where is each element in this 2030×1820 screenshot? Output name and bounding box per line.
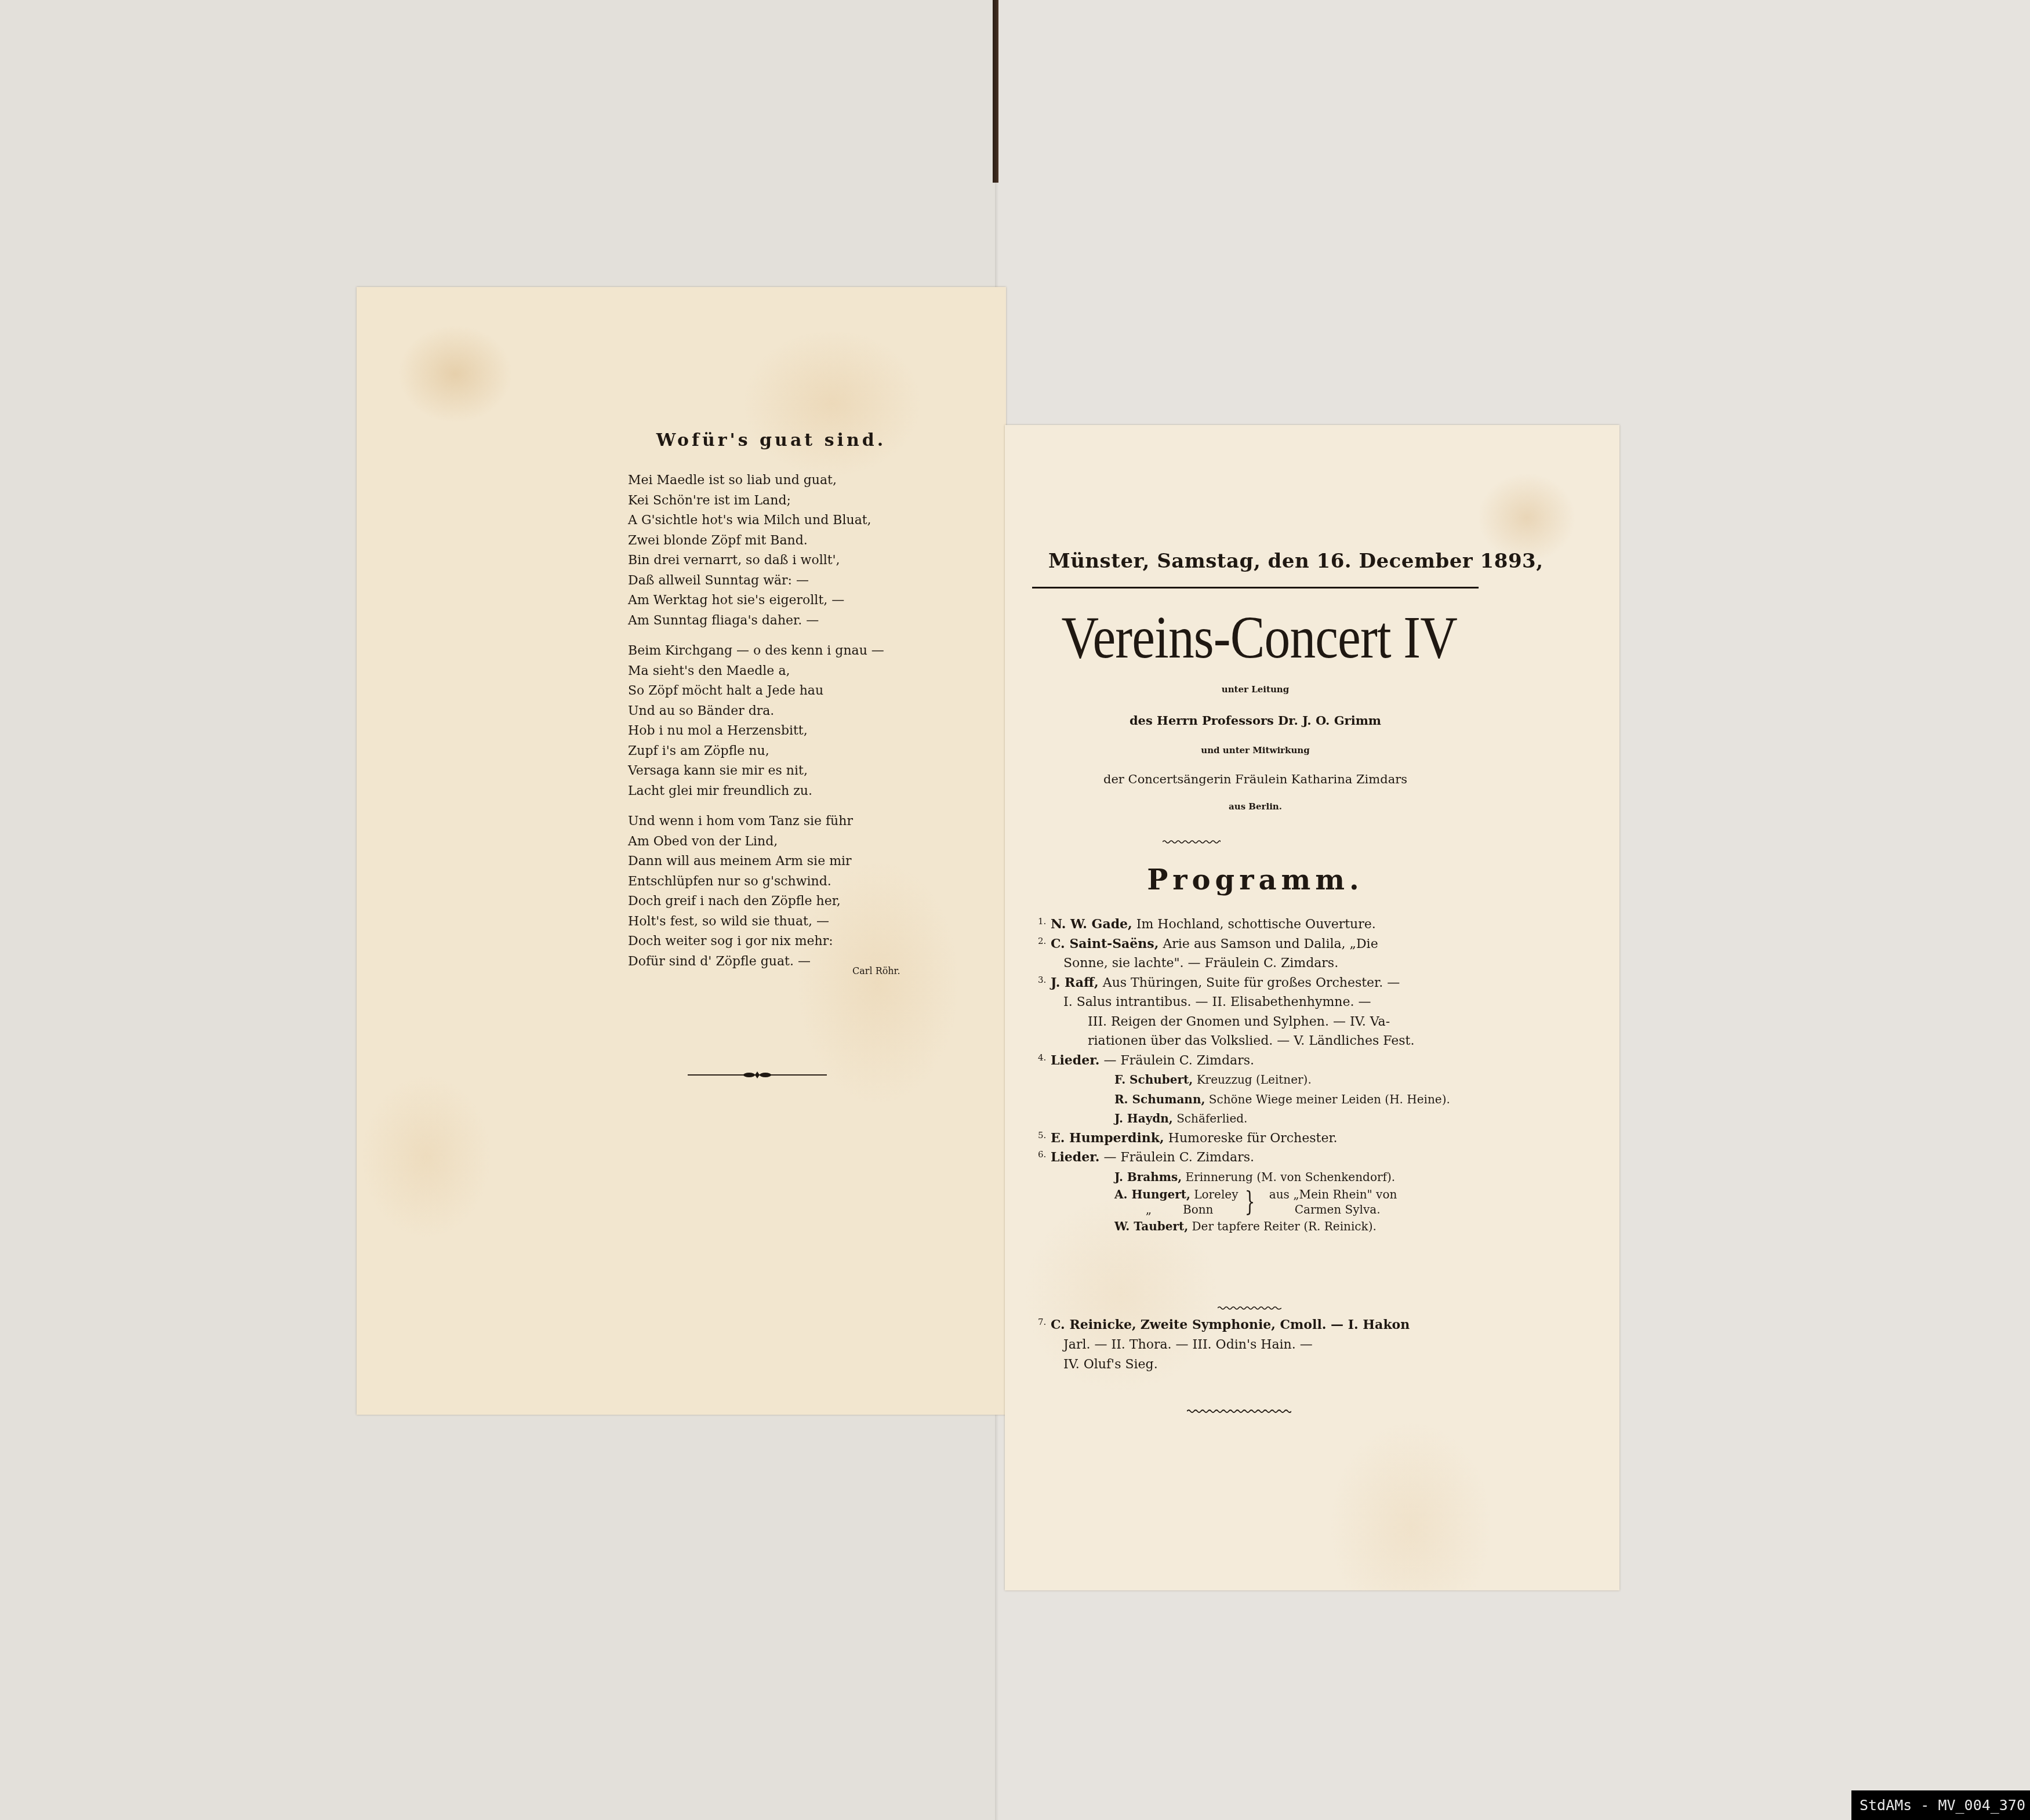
poem-author: Carl Röhr. (852, 965, 900, 976)
poem-line: Holt's fest, so wild sie thuat, — (628, 912, 953, 932)
poem-line: Lacht glei mir freundlich zu. (628, 782, 953, 802)
archive-watermark: StdAMs - MV_004_370 (1851, 1790, 2030, 1820)
programm-heading: Programm. (1032, 864, 1479, 896)
item-number: 6. (1038, 1145, 1046, 1165)
item-composer: E. Humperdink, (1051, 1131, 1164, 1146)
item-number: 1. (1038, 912, 1046, 932)
wavy-divider-icon (1163, 840, 1221, 844)
poem-line: Zwei blonde Zöpf mit Band. (628, 531, 953, 551)
poem-line: Am Obed von der Lind, (628, 832, 953, 852)
poem-line: Und au so Bänder dra. (628, 702, 953, 722)
program-item-4: 4. Lieder. — Fräulein C. Zimdars. F. Sch… (1038, 1051, 1490, 1129)
item-composer: Lieder. (1051, 1150, 1099, 1165)
brace-icon: } (1245, 1187, 1255, 1216)
poem-line: Beim Kirchgang — o des kenn i gnau — (628, 641, 953, 662)
song-entry: W. Taubert, Der tapfere Reiter (R. Reini… (1051, 1217, 1490, 1237)
poem-line: Daß allweil Sunntag wär: — (628, 571, 953, 591)
poem-line: Am Sunntag fliaga's daher. — (628, 611, 953, 631)
program-item-7: 7. C. Reinicke, Zweite Symphonie, Cmoll.… (1038, 1315, 1490, 1375)
header-rule (1032, 587, 1479, 588)
concert-date-line: Münster, Samstag, den 16. December 1893, (1048, 550, 1460, 573)
song-group-brace: A. Hungert, Loreley „Bonn } aus „Mein Rh… (1051, 1187, 1490, 1217)
brace-note: aus „Mein Rhein" von (1269, 1187, 1397, 1202)
song-entry: R. Schumann, Schöne Wiege meiner Leiden … (1051, 1090, 1490, 1110)
soloist-line: der Concertsängerin Fräulein Katharina Z… (1032, 772, 1479, 786)
poem-line: Doch weiter sog i gor nix mehr: (628, 932, 953, 952)
poem-line: Hob i nu mol a Herzensbitt, (628, 721, 953, 742)
item-number: 2. (1038, 932, 1046, 951)
program-item-2: 2. C. Saint-Saëns, Arie aus Samson und D… (1038, 935, 1490, 973)
song-entry: F. Schubert, Kreuzzug (Leitner). (1051, 1070, 1490, 1090)
item-number: 4. (1038, 1048, 1046, 1068)
poem-line: Dofür sind d' Zöpfle guat. — (628, 952, 953, 972)
poem-line: Und wenn i hom vom Tanz sie führ (628, 812, 953, 832)
item-text: Zweite Symphonie, Cmoll. — I. Hakon (1141, 1317, 1410, 1332)
poem-line: Mei Maedle ist so liab und guat, (628, 471, 953, 491)
item-text: IV. Oluf's Sieg. (1051, 1355, 1490, 1375)
wavy-divider-icon (1218, 1306, 1281, 1310)
program-item-3: 3. J. Raff, Aus Thüringen, Suite für gro… (1038, 973, 1490, 1051)
poem-stanza-1: Mei Maedle ist so liab und guat, Kei Sch… (628, 471, 953, 631)
program-item-1: 1. N. W. Gade, Im Hochland, schottische … (1038, 915, 1490, 935)
item-composer: C. Saint-Saëns, (1051, 936, 1159, 951)
poem-stanza-3: Und wenn i hom vom Tanz sie führ Am Obed… (628, 812, 953, 972)
item-number: 7. (1038, 1312, 1046, 1332)
poem-line: Versaga kann sie mir es nit, (628, 761, 953, 782)
poem-line: So Zöpf möcht halt a Jede hau (628, 681, 953, 702)
item-text: riationen über das Volkslied. — V. Ländl… (1051, 1031, 1490, 1051)
program-item-5: 5. E. Humperdink, Humoreske für Orcheste… (1038, 1129, 1490, 1149)
poem-line: Kei Schön're ist im Land; (628, 491, 953, 511)
poem-line: A G'sichtle hot's wia Milch und Bluat, (628, 511, 953, 531)
item-text: Arie aus Samson und Dalila, „Die (1163, 937, 1378, 951)
item-text: I. Salus intrantibus. — II. Elisabethenh… (1051, 993, 1490, 1012)
item-number: 3. (1038, 971, 1046, 990)
concert-title: Vereins-Concert IV (1062, 603, 1451, 673)
poem-stanza-2: Beim Kirchgang — o des kenn i gnau — Ma … (628, 641, 953, 801)
song-entry: J. Haydn, Schäferlied. (1051, 1109, 1490, 1129)
direction-label: unter Leitung (1032, 684, 1479, 695)
song-entry: J. Brahms, Erinnerung (M. von Schenkendo… (1051, 1168, 1490, 1187)
participation-label: und unter Mitwirkung (1032, 745, 1479, 755)
item-text: III. Reigen der Gnomen und Sylphen. — IV… (1051, 1012, 1490, 1032)
item-number: 5. (1038, 1126, 1046, 1146)
soloist-origin: aus Berlin. (1032, 801, 1479, 812)
item-text: Aus Thüringen, Suite für großes Orcheste… (1103, 976, 1400, 990)
poem-line: Dann will aus meinem Arm sie mir (628, 852, 953, 872)
poem-title: Wofür's guat sind. (655, 430, 887, 451)
ornamental-rule-icon (688, 1071, 827, 1078)
poem-line: Entschlüpfen nur so g'schwind. (628, 872, 953, 892)
wavy-divider-icon (1187, 1409, 1291, 1414)
item-composer: J. Raff, (1051, 975, 1099, 990)
item-text: Im Hochland, schottische Ouverture. (1136, 917, 1376, 932)
item-composer: C. Reinicke, (1051, 1317, 1136, 1332)
poem-line: Doch greif i nach den Zöpfle her, (628, 892, 953, 912)
item-composer: Lieder. (1051, 1053, 1099, 1068)
item-text: Sonne, sie lachte". — Fräulein C. Zimdar… (1051, 954, 1490, 973)
item-text: — Fräulein C. Zimdars. (1103, 1150, 1254, 1165)
poem-body: Mei Maedle ist so liab und guat, Kei Sch… (628, 471, 953, 982)
poem-line: Ma sieht's den Maedle a, (628, 662, 953, 682)
program-item-6: 6. Lieder. — Fräulein C. Zimdars. J. Bra… (1038, 1148, 1490, 1237)
item-text: Humoreske für Orchester. (1168, 1131, 1338, 1146)
item-text: Jarl. — II. Thora. — III. Odin's Hain. — (1051, 1335, 1490, 1355)
poem-line: Am Werktag hot sie's eigerollt, — (628, 591, 953, 611)
conductor-name: des Herrn Professors Dr. J. O. Grimm (1032, 713, 1479, 728)
poem-line: Zupf i's am Zöpfle nu, (628, 742, 953, 762)
brace-note: Carmen Sylva. (1269, 1202, 1397, 1217)
item-composer: N. W. Gade, (1051, 917, 1132, 932)
program-list: 1. N. W. Gade, Im Hochland, schottische … (1038, 915, 1490, 1237)
poem-line: Bin drei vernarrt, so daß i wollt', (628, 551, 953, 571)
item-text: — Fräulein C. Zimdars. (1103, 1054, 1254, 1068)
